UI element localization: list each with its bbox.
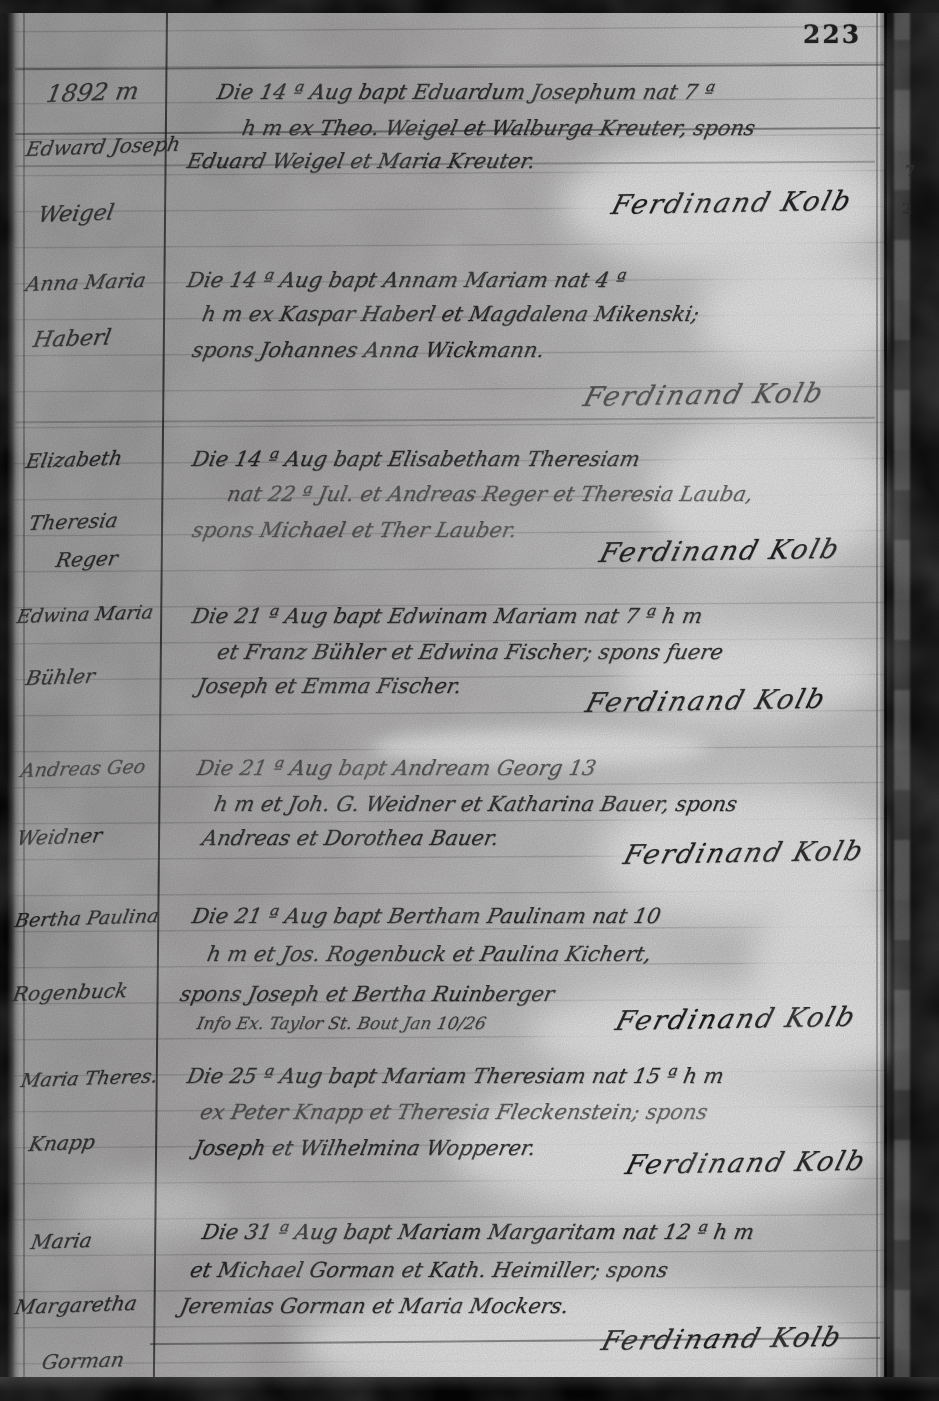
bleach-patch — [700, 255, 900, 375]
page-number: 223 — [803, 20, 861, 49]
record-line: Eduard Weigel et Maria Kreuter. — [185, 149, 537, 173]
margin-name: Reger — [54, 546, 120, 572]
record-line: Joseph et Wilhelmina Wopperer. — [192, 1136, 538, 1160]
record-line: spons Michael et Ther Lauber. — [190, 518, 519, 542]
record-line: h m et Joh. G. Weidner et Katharina Baue… — [212, 792, 739, 816]
priest-signature: Ferdinand Kolb — [608, 186, 856, 221]
record-line: ex Peter Knapp et Theresia Fleckenstein;… — [198, 1100, 710, 1124]
margin-name: Weigel — [36, 200, 116, 228]
margin-name: Weidner — [15, 823, 104, 850]
priest-signature: Ferdinand Kolb — [622, 1146, 870, 1181]
binding-mark: 7 — [905, 162, 915, 180]
record-line: Die 14 ª Aug bapt Annam Mariam nat 4 ª — [185, 268, 628, 292]
priest-signature: Ferdinand Kolb — [612, 1002, 860, 1037]
record-line: et Michael Gorman et Kath. Heimiller; sp… — [188, 1258, 670, 1282]
margin-name: Anna Maria — [24, 268, 148, 296]
margin-name: Andreas Geo — [19, 756, 147, 782]
binding-streak — [884, 0, 887, 1401]
record-line: h m ex Kaspar Haberl et Magdalena Mikens… — [200, 302, 701, 326]
priest-signature: Ferdinand Kolb — [580, 378, 828, 413]
priest-signature: Ferdinand Kolb — [598, 1322, 846, 1357]
margin-name: Rogenbuck — [11, 978, 130, 1006]
margin-name: Elizabeth — [24, 446, 124, 473]
record-line: h m ex Theo. Weigel et Walburga Kreuter,… — [240, 116, 757, 140]
record-line: et Franz Bühler et Edwina Fischer; spons… — [215, 640, 725, 664]
record-line: h m et Jos. Rogenbuck et Paulina Kichert… — [205, 942, 653, 966]
margin-name: Bühler — [24, 664, 97, 690]
top-scan-edge — [0, 0, 939, 13]
priest-signature: Ferdinand Kolb — [582, 684, 830, 719]
record-line: Die 25 ª Aug bapt Mariam Theresiam nat 1… — [185, 1064, 726, 1088]
record-line: Die 21 ª Aug bapt Edwinam Mariam nat 7 ª… — [190, 604, 705, 628]
margin-year: 1892 m — [44, 77, 141, 108]
record-line: Die 21 ª Aug bapt Andream Georg 13 — [195, 756, 598, 780]
margin-name: Gorman — [40, 1347, 126, 1374]
left-scan-edge — [0, 0, 20, 1401]
record-annotation: Info Ex. Taylor St. Bout Jan 10/26 — [195, 1014, 488, 1034]
record-line: Die 14 ª Aug bapt Elisabetham Theresiam — [190, 447, 642, 471]
right-margin-line — [876, 13, 878, 1377]
margin-name: Maria — [29, 1228, 94, 1254]
margin-name: Margaretha — [13, 1291, 139, 1319]
record-line: Joseph et Emma Fischer. — [195, 674, 464, 698]
bottom-scan-edge — [0, 1377, 939, 1401]
record-line: Die 14 ª Aug bapt Eduardum Josephum nat … — [215, 80, 717, 104]
record-line: Jeremias Gorman et Maria Mockers. — [178, 1294, 571, 1318]
binding-mark: 2 — [902, 200, 912, 218]
margin-name: Theresia — [27, 508, 120, 535]
record-line: nat 22 ª Jul. et Andreas Reger et Theres… — [225, 482, 755, 506]
margin-name: Haberl — [31, 325, 113, 353]
priest-signature: Ferdinand Kolb — [596, 534, 844, 569]
record-line: spons Johannes Anna Wickmann. — [190, 338, 547, 362]
priest-signature: Ferdinand Kolb — [620, 836, 868, 871]
scanned-register-page: 223 7 2 1892 m Edward Joseph Weigel Die … — [0, 0, 939, 1401]
left-margin-line — [23, 13, 25, 1377]
record-line: spons Joseph et Bertha Ruinberger — [178, 982, 556, 1006]
record-line: Die 31 ª Aug bapt Mariam Margaritam nat … — [200, 1220, 756, 1244]
record-line: Die 21 ª Aug bapt Bertham Paulinam nat 1… — [190, 904, 663, 928]
record-line: Andreas et Dorothea Bauer. — [200, 826, 501, 850]
margin-name: Knapp — [27, 1130, 97, 1156]
